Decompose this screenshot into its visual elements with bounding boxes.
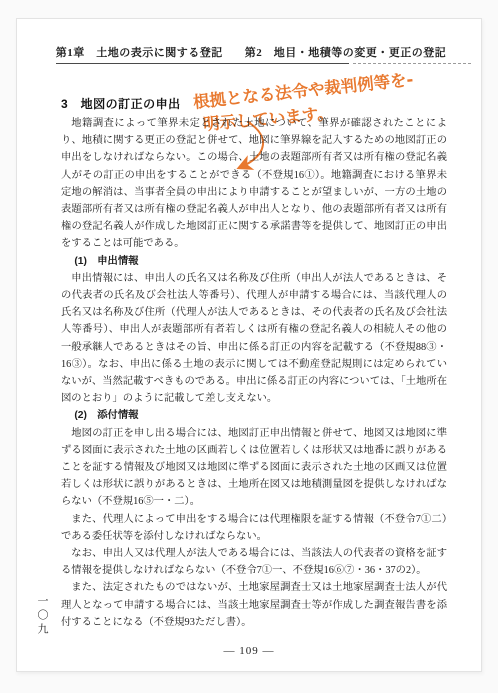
- header-rule: [56, 63, 349, 64]
- scanned-page-background: 第1章 土地の表示に関する登記第2 地目・地積等の変更・更正の登記 根拠となる法…: [0, 0, 498, 693]
- running-header-chapter: 第1章 土地の表示に関する登記: [56, 47, 223, 59]
- paragraph: 地籍調査によって筆界未定とされた土地について、筆界が確認されたことにより、地積に…: [61, 115, 447, 253]
- body-text: 地籍調査によって筆界未定とされた土地について、筆界が確認されたことにより、地積に…: [61, 115, 447, 631]
- sub-heading: (2) 添付情報: [61, 407, 447, 424]
- book-page: 第1章 土地の表示に関する登記第2 地目・地積等の変更・更正の登記 根拠となる法…: [16, 18, 482, 672]
- margin-page-number: 一〇九: [36, 595, 47, 637]
- running-header-section: 第2 地目・地積等の変更・更正の登記: [245, 47, 447, 59]
- running-header: 第1章 土地の表示に関する登記第2 地目・地積等の変更・更正の登記: [55, 44, 447, 60]
- paragraph: 地図の訂正を申し出る場合には、地図訂正申出情報と併せて、地図又は地図に準ずる図面…: [61, 425, 447, 511]
- section-title: 3 地図の訂正の申出: [61, 95, 181, 112]
- sub-heading: (1) 申出情報: [61, 253, 447, 270]
- paragraph: 申出情報には、申出人の氏名又は名称及び住所（申出人が法人であるときは、その代表者…: [61, 270, 447, 408]
- footer-page-number: ― 109 ―: [17, 645, 481, 657]
- header-rule-dashed-extension: [353, 63, 471, 64]
- paragraph: なお、申出人又は代理人が法人である場合には、当該法人の代表者の資格を証する情報を…: [61, 545, 447, 579]
- paragraph: また、代理人によって申出をする場合には代理権限を証する情報（不登令7①二）である…: [61, 511, 447, 545]
- paragraph: また、法定されたものではないが、土地家屋調査士又は土地家屋調査士法人が代理人とな…: [61, 579, 447, 631]
